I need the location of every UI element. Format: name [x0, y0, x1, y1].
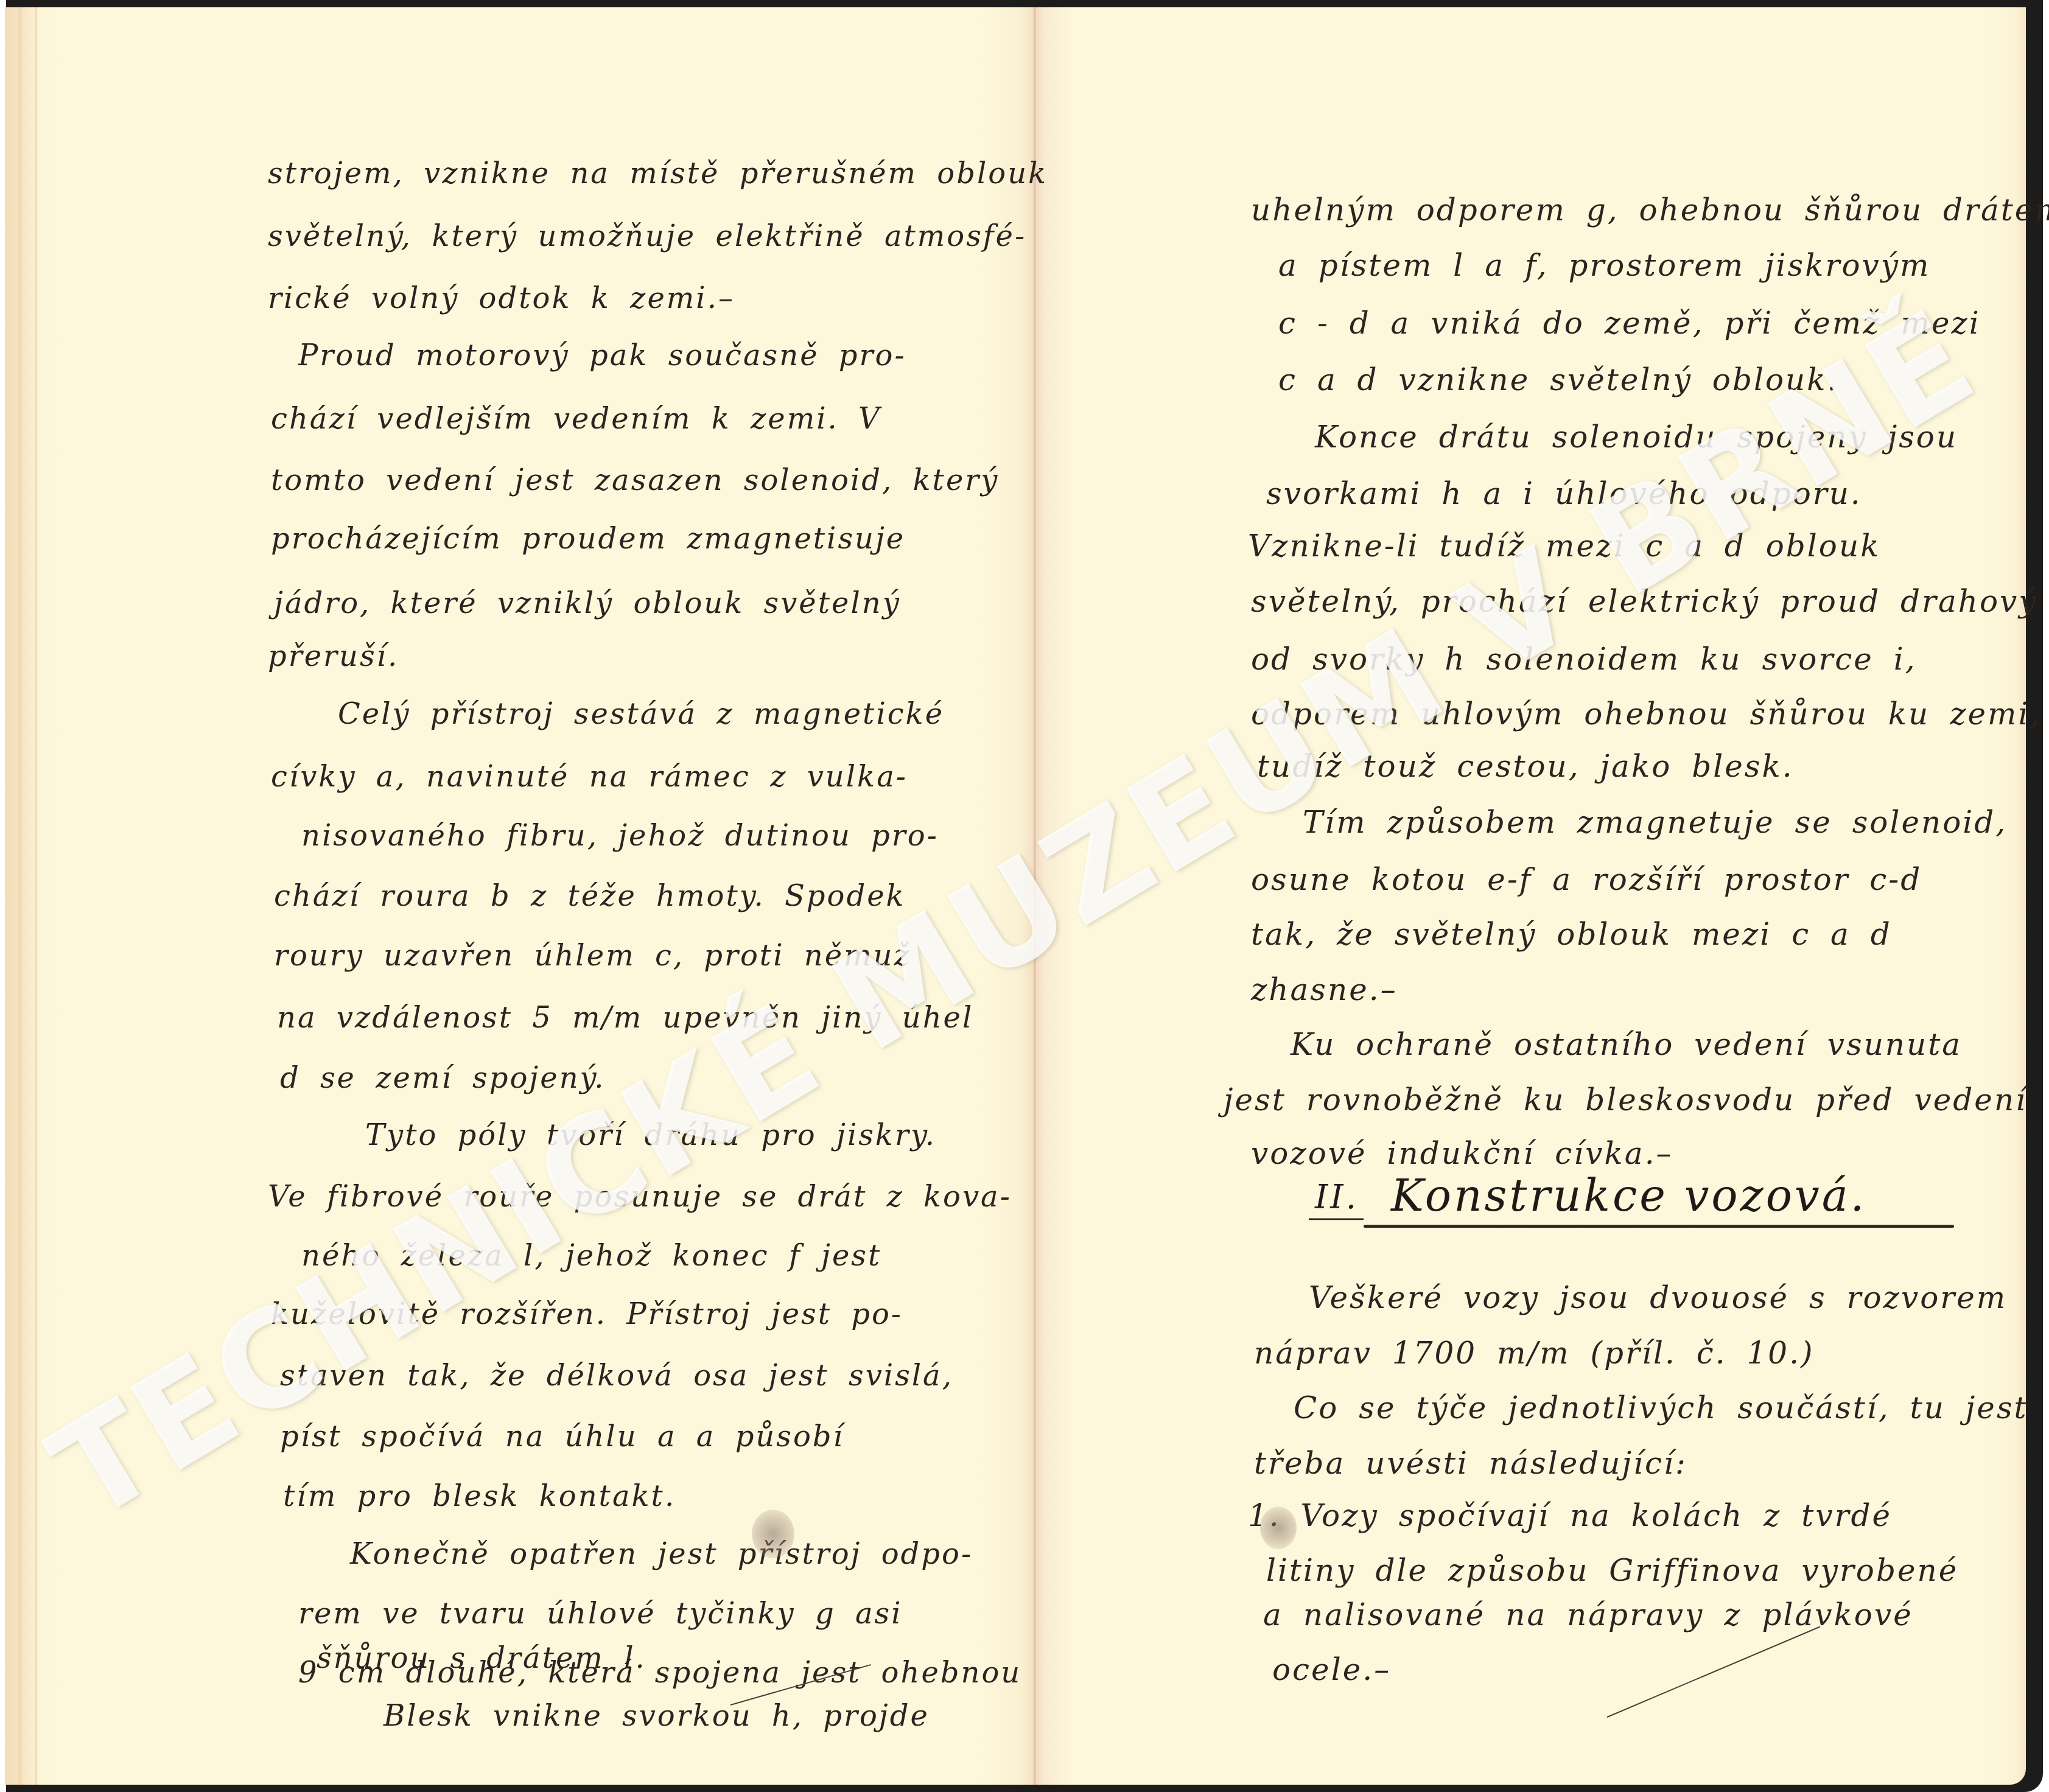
ink-stain [1260, 1507, 1297, 1549]
text-line: odporem uhlovým ohebnou šňůrou ku zemi, [1251, 699, 2041, 729]
text-line: Veškeré vozy jsou dvouosé s rozvorem [1309, 1283, 2007, 1313]
text-line: jest rovnoběžně ku bleskosvodu před vede… [1224, 1085, 2027, 1115]
section-title-underline [1364, 1225, 1954, 1228]
section-number: II. [1315, 1178, 1359, 1216]
text-line: třeba uvésti následující: [1254, 1448, 1687, 1479]
text-line: světelný, prochází elektrický proud drah… [1251, 586, 2038, 617]
text-line: tak, že světelný oblouk mezi c a d [1251, 919, 1892, 950]
ink-stain [752, 1510, 794, 1558]
text-line: Konce drátu solenoidu spojeny jsou [1315, 422, 1958, 452]
text-line: litiny dle způsobu Griffinova vyrobené [1266, 1555, 1958, 1586]
text-line: Tím způsobem zmagnetuje se solenoid, [1303, 807, 2007, 838]
text-line: tudíž touž cestou, jako blesk. [1257, 751, 1794, 782]
text-line: vozové indukční cívka.– [1251, 1138, 1673, 1169]
text-line: šňůrou s drátem l. [317, 1643, 646, 1673]
text-line: svorkami h a i úhlového odporu. [1266, 478, 1862, 509]
text-line: c a d vznikne světelný oblouk. [1278, 365, 1838, 395]
text-line: a pístem l a f, prostorem jiskrovým [1278, 250, 1930, 281]
text-line: Vznikne-li tudíž mezi c a d oblouk [1248, 531, 1880, 561]
right-page-text: uhelným odporem g, ohebnou šňůrou drátem… [0, 18, 2049, 1640]
text-line: c - d a vniká do země, při čemž mezi [1278, 308, 1981, 338]
text-line: ocele.– [1272, 1654, 1391, 1685]
section-number-underline [1309, 1218, 1364, 1220]
text-line: a nalisované na nápravy z plávkové [1263, 1600, 1913, 1630]
text-line: Ku ochraně ostatního vedení vsunuta [1291, 1029, 1962, 1060]
text-line: uhelným odporem g, ohebnou šňůrou drátem [1251, 195, 2049, 225]
text-line: od svorky h solenoidem ku svorce i, [1251, 644, 1917, 674]
text-line: 1. Vozy spočívají na kolách z tvrdé [1248, 1500, 1892, 1531]
text-line: Blesk vnikne svorkou h, projde [384, 1701, 930, 1731]
text-line: Co se týče jednotlivých součástí, tu jes… [1294, 1393, 2028, 1423]
text-line: zhasne.– [1251, 975, 1398, 1005]
text-line: osune kotou e-f a rozšíří prostor c-d [1251, 864, 1922, 895]
text-line: náprav 1700 m/m (příl. č. 10.) [1254, 1338, 1815, 1368]
section-title: Konstrukce vozová. [1391, 1170, 1867, 1221]
